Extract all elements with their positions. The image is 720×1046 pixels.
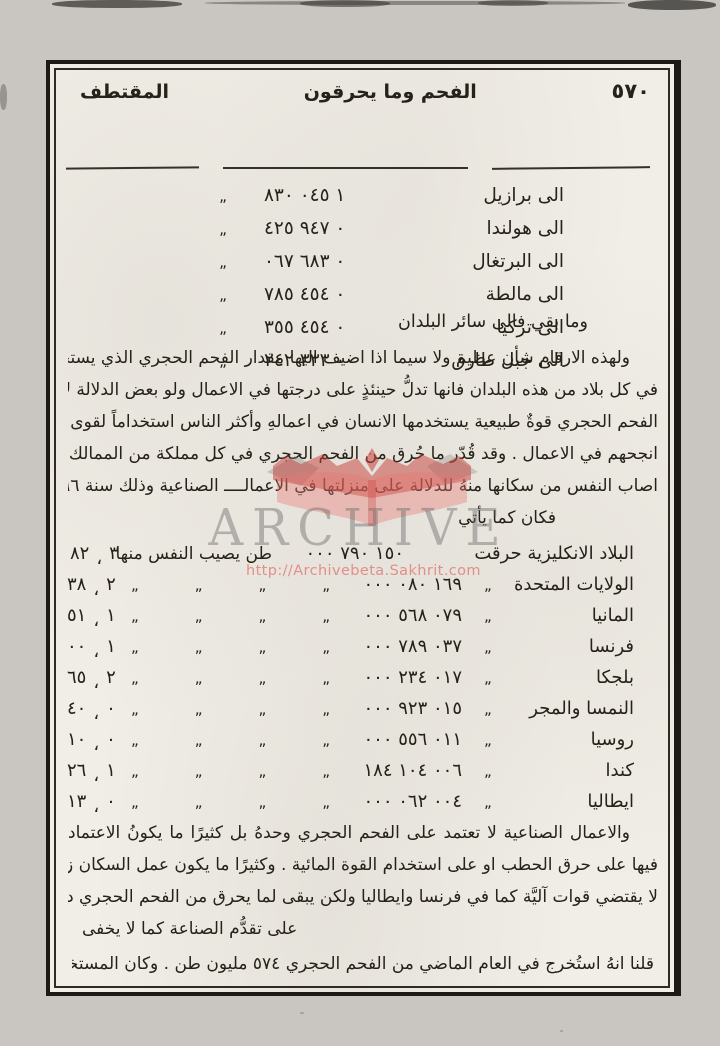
ditto-mark: „ bbox=[208, 187, 238, 205]
table-row: البلاد الانكليزية حرقت ١٥٠ ٧٩٠ ٠٠٠ طن يص… bbox=[50, 538, 674, 569]
decimal-comma: ، bbox=[93, 641, 99, 662]
ditto-mark: „ bbox=[484, 731, 492, 749]
country-label: النمسا والمجر„ bbox=[484, 698, 634, 719]
amount-value: ٠٧٩ ٥٦٨ ٠٠٠ bbox=[350, 605, 462, 626]
ditto-mark: „ bbox=[484, 576, 492, 594]
decimal-comma: ، bbox=[96, 548, 102, 569]
text-line: اصاب النفس من سكانها منهُ للدلالة على من… bbox=[68, 470, 658, 502]
decimal-comma: ، bbox=[93, 796, 99, 817]
ditto-mark: „ bbox=[484, 669, 492, 687]
amount-value: ٠٠٤ ٠٦٢ ٠٠٠ bbox=[350, 791, 462, 812]
table-row: روسيا„ ٠١١ ٥٥٦ ٠٠٠ „„„„ ٠،١٠ bbox=[50, 724, 674, 755]
ditto-mark: „ bbox=[208, 253, 238, 271]
ditto-group: „„„„ bbox=[123, 638, 338, 656]
country-label: المانيا„ bbox=[484, 605, 634, 626]
country-label: كندا„ bbox=[484, 760, 634, 781]
verb-label: حرقت bbox=[474, 543, 521, 564]
amount-value: ٠ ٦٨٣ ٠٦٧ bbox=[264, 251, 382, 272]
paragraph: والاعمال الصناعية لا تعتمد على الفحم الح… bbox=[68, 817, 658, 945]
consumption-table: البلاد الانكليزية حرقت ١٥٠ ٧٩٠ ٠٠٠ طن يص… bbox=[50, 538, 674, 817]
ditto-mark: „ bbox=[484, 700, 492, 718]
ditto-mark: „ bbox=[484, 607, 492, 625]
ditto-group: „„„„ bbox=[123, 793, 338, 811]
amount-value: ٠ ٤٥٤ ٧٨٥ bbox=[264, 284, 382, 305]
scan-smudge bbox=[205, 1, 625, 5]
scan-smudge bbox=[478, 0, 548, 6]
decimal-comma: ، bbox=[93, 672, 99, 693]
text-line: لا يقتضي قوات آليَّة كما في فرنسا وايطال… bbox=[68, 881, 658, 913]
amount-value: ٠٠٦ ١٠٤ ١٨٤ bbox=[350, 760, 462, 781]
page-frame: ٥٧٠ الفحم وما يحرقون المقتطف الى برازيل … bbox=[46, 60, 681, 996]
scan-smudge bbox=[52, 0, 182, 8]
per-capita-value: ٣،٨٢ bbox=[70, 543, 120, 564]
ditto-group: „„„„ bbox=[123, 731, 338, 749]
table-row: كندا„ ٠٠٦ ١٠٤ ١٨٤ „„„„ ١،٢٦ bbox=[50, 755, 674, 786]
ditto-mark: „ bbox=[484, 793, 492, 811]
text-line: في كل بلاد من هذه البلدان فانها تدلُّ حي… bbox=[68, 374, 658, 406]
table-row: الى مالطة ٠ ٤٥٤ ٧٨٥ „ bbox=[50, 278, 674, 311]
per-capita-value: ٠،٤٠ bbox=[67, 698, 117, 719]
text-line: ولهذه الارقام شأن عظيم ولا سيما اذا اضيف… bbox=[68, 342, 658, 374]
table-row: بلجكا„ ٠١٧ ٢٣٤ ٠٠٠ „„„„ ٢،٦٥ bbox=[50, 662, 674, 693]
per-capita-value: ٠،١٣ bbox=[67, 791, 117, 812]
amount-value: ٠١٥ ٩٢٣ ٠٠٠ bbox=[350, 698, 462, 719]
text-line: فكان كما يأتي bbox=[68, 502, 658, 534]
unit-label: طن يصيب النفس منها bbox=[144, 544, 272, 564]
journal-name: المقتطف bbox=[80, 81, 169, 103]
decimal-comma: ، bbox=[93, 734, 99, 755]
ditto-group: „„„„ bbox=[123, 669, 338, 687]
amount-value: ٠٣٧ ٧٨٩ ٠٠٠ bbox=[350, 636, 462, 657]
country-label: بلجكا„ bbox=[484, 667, 634, 688]
scan-smudge bbox=[628, 0, 716, 10]
amount-value: ٠ ٩٤٧ ٤٢٥ bbox=[264, 218, 382, 239]
ditto-group: „„„„ bbox=[123, 607, 338, 625]
ink-speck bbox=[300, 1012, 304, 1014]
text-line: فيها على حرق الحطب او على استخدام القوة … bbox=[68, 849, 658, 881]
page-header: ٥٧٠ الفحم وما يحرقون المقتطف bbox=[80, 79, 650, 103]
country-label: البلاد الانكليزية حرقت bbox=[404, 543, 634, 564]
closing-line: قلنا انهُ استُخرج في العام الماضي من الف… bbox=[72, 948, 654, 980]
ditto-mark: „ bbox=[484, 762, 492, 780]
scan-smudge bbox=[0, 84, 7, 110]
text-line: على تقدُّم الصناعة كما لا يخفى bbox=[68, 913, 658, 945]
amount-value: ٠١١ ٥٥٦ ٠٠٠ bbox=[350, 729, 462, 750]
ditto-mark: „ bbox=[484, 638, 492, 656]
country-label: الى هولندا bbox=[382, 218, 564, 239]
ditto-group: „„„„ bbox=[123, 700, 338, 718]
per-capita-value: ٠،١٠ bbox=[67, 729, 117, 750]
country-label: فرنسا„ bbox=[484, 636, 634, 657]
country-label: الولايات المتحدة„ bbox=[484, 574, 634, 595]
decimal-comma: ، bbox=[93, 765, 99, 786]
paragraph: ولهذه الارقام شأن عظيم ولا سيما اذا اضيف… bbox=[68, 342, 658, 534]
ditto-mark: „ bbox=[208, 286, 238, 304]
table-row: المانيا„ ٠٧٩ ٥٦٨ ٠٠٠ „„„„ ١،٥١ bbox=[50, 600, 674, 631]
per-capita-value: ٢،٣٨ bbox=[67, 574, 117, 595]
ditto-mark: „ bbox=[208, 220, 238, 238]
table-row: ايطاليا„ ٠٠٤ ٠٦٢ ٠٠٠ „„„„ ٠،١٣ bbox=[50, 786, 674, 817]
per-capita-value: ١،٢٦ bbox=[67, 760, 117, 781]
amount-value: ١ ٠٤٥ ٨٣٠ bbox=[264, 185, 382, 206]
per-capita-value: ١،٠٠ bbox=[67, 636, 117, 657]
page-title: الفحم وما يحرقون bbox=[304, 81, 477, 103]
country-label: الى مالطة bbox=[382, 284, 564, 305]
table-row: الى هولندا ٠ ٩٤٧ ٤٢٥ „ bbox=[50, 212, 674, 245]
country-label: الى برازيل bbox=[382, 185, 564, 206]
ink-speck bbox=[560, 1030, 563, 1032]
country-label: ايطاليا„ bbox=[484, 791, 634, 812]
text-line: الفحم الحجري قوةٌ طبيعية يستخدمها الانسا… bbox=[68, 406, 658, 438]
scan-smudge bbox=[300, 0, 390, 7]
header-rule bbox=[66, 167, 650, 170]
country-label: الى البرتغال bbox=[382, 251, 564, 272]
intro-line: وما بقي فالى سائر البلدان bbox=[68, 312, 658, 332]
amount-value: ٠١٧ ٢٣٤ ٠٠٠ bbox=[350, 667, 462, 688]
amount-value: ١٦٩ ٠٨٠ ٠٠٠ bbox=[350, 574, 462, 595]
text-line: والاعمال الصناعية لا تعتمد على الفحم الح… bbox=[68, 817, 658, 849]
country-label: روسيا„ bbox=[484, 729, 634, 750]
amount-value: ١٥٠ ٧٩٠ ٠٠٠ bbox=[280, 543, 404, 564]
ditto-group: „„„„ bbox=[123, 762, 338, 780]
decimal-comma: ، bbox=[93, 610, 99, 631]
table-row: النمسا والمجر„ ٠١٥ ٩٢٣ ٠٠٠ „„„„ ٠،٤٠ bbox=[50, 693, 674, 724]
decimal-comma: ، bbox=[93, 703, 99, 724]
table-row: الولايات المتحدة„ ١٦٩ ٠٨٠ ٠٠٠ „„„„ ٢،٣٨ bbox=[50, 569, 674, 600]
per-capita-value: ٢،٦٥ bbox=[67, 667, 117, 688]
table-row: فرنسا„ ٠٣٧ ٧٨٩ ٠٠٠ „„„„ ١،٠٠ bbox=[50, 631, 674, 662]
table-row: الى برازيل ١ ٠٤٥ ٨٣٠ „ bbox=[50, 179, 674, 212]
page-number: ٥٧٠ bbox=[612, 79, 650, 103]
ditto-group: „„„„ bbox=[123, 576, 338, 594]
decimal-comma: ، bbox=[93, 579, 99, 600]
table-row: الى البرتغال ٠ ٦٨٣ ٠٦٧ „ bbox=[50, 245, 674, 278]
per-capita-value: ١،٥١ bbox=[67, 605, 117, 626]
text-line: انجحهم في الاعمال . وقد قُدّر ما حُرق من… bbox=[68, 438, 658, 470]
